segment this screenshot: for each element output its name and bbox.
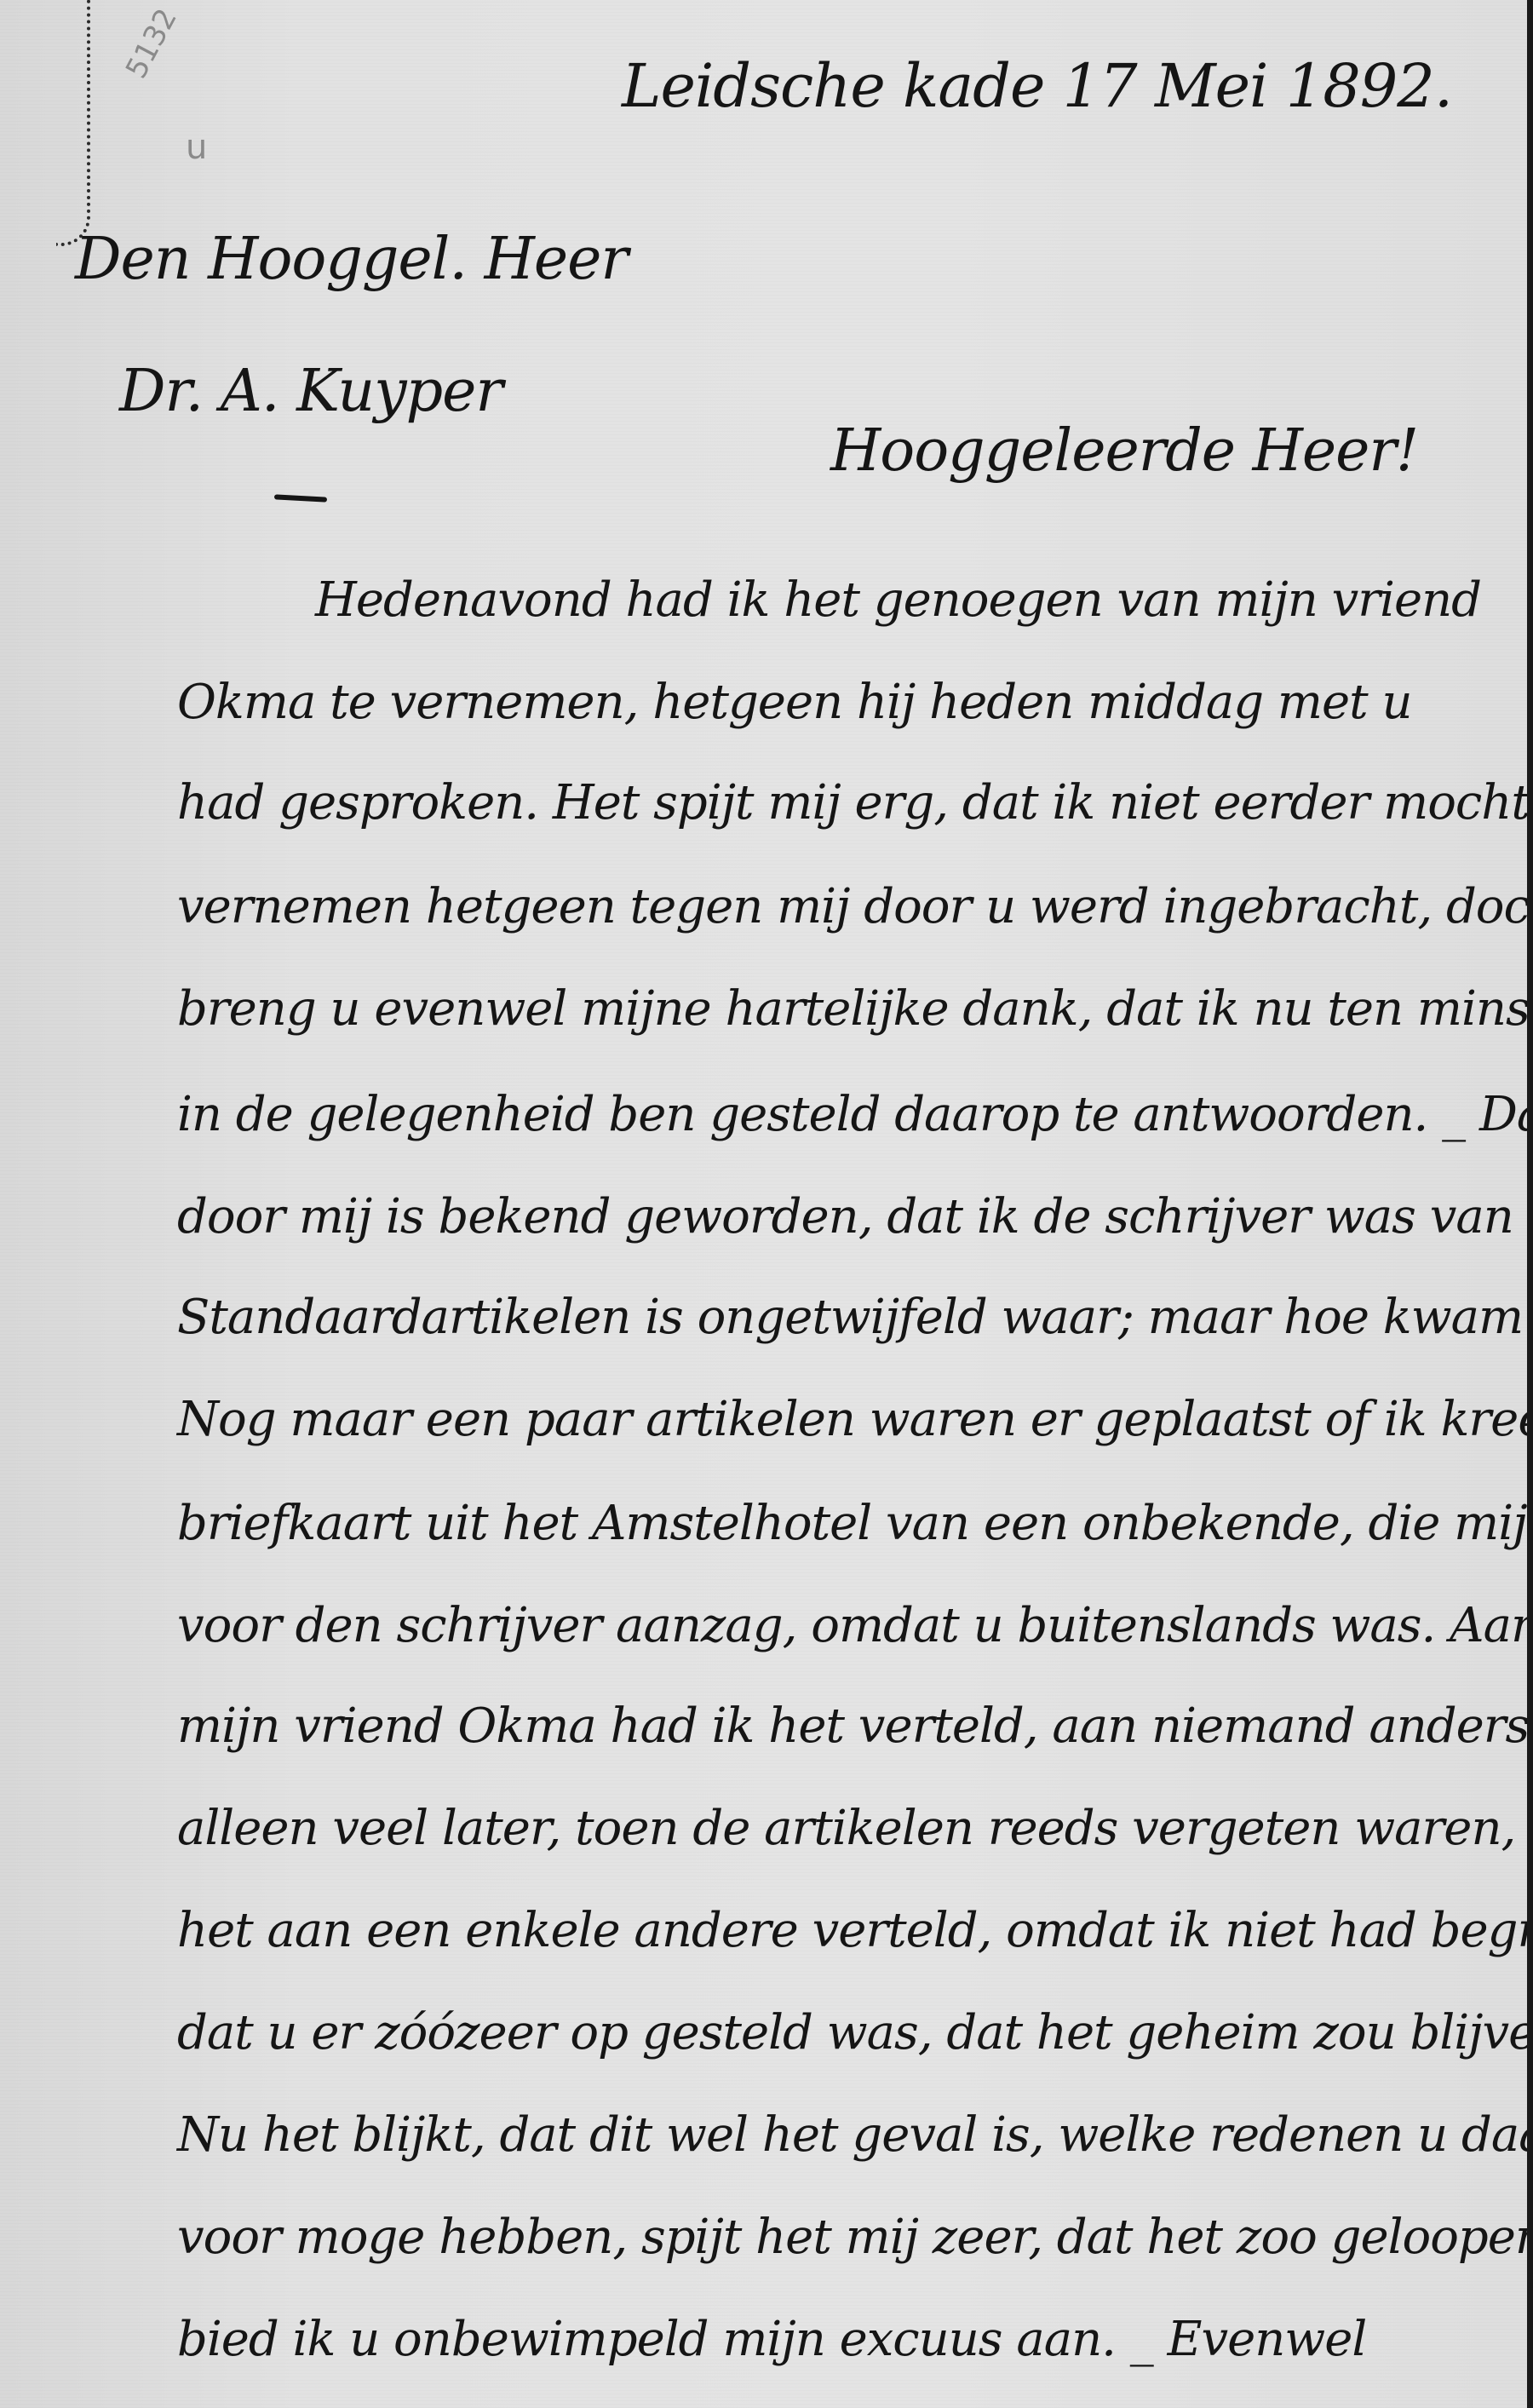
body-line: bied ik u onbewimpeld mijn excuus aan. _… xyxy=(177,2312,1366,2367)
body-line: voor moge hebben, spijt het mij zeer, da… xyxy=(177,2210,1533,2265)
body-line: Standaardartikelen is ongetwijfeld waar;… xyxy=(177,1290,1533,1345)
scan-edge xyxy=(1527,0,1533,2408)
archive-number: 5132 xyxy=(119,3,184,84)
addressee-name: Dr. A. Kuyper xyxy=(119,358,502,425)
body-line: het aan een enkele andere verteld, omdat… xyxy=(177,1903,1533,1958)
body-line: Hedenavond had ik het genoegen van mijn … xyxy=(315,572,1481,628)
body-line: alleen veel later, toen de artikelen ree… xyxy=(177,1801,1533,1856)
letter-page: 5132 u Leidsche kade 17 Mei 1892. Den Ho… xyxy=(0,0,1527,2408)
addressee-title: Den Hooggel. Heer xyxy=(75,226,628,293)
body-line: Nu het blijkt, dat dit wel het geval is,… xyxy=(177,2107,1533,2163)
body-line: mijn vriend Okma had ik het verteld, aan… xyxy=(177,1698,1533,1754)
body-line: had gesproken. Het spijt mij erg, dat ik… xyxy=(177,775,1530,830)
body-line: door mij is bekend geworden, dat ik de s… xyxy=(177,1189,1533,1244)
body-line: vernemen hetgeen tegen mij door u werd i… xyxy=(177,879,1533,934)
body-line: breng u evenwel mijne hartelijke dank, d… xyxy=(177,981,1533,1037)
salutation: Hooggeleerde Heer! xyxy=(830,417,1418,485)
body-line: voor den schrijver aanzag, omdat u buite… xyxy=(177,1598,1533,1653)
body-line: Nog maar een paar artikelen waren er gep… xyxy=(177,1392,1533,1447)
body-line: dat u er zóózeer op gesteld was, dat het… xyxy=(177,2005,1533,2060)
archive-letter: u xyxy=(186,128,207,167)
body-line: Okma te vernemen, hetgeen hij heden midd… xyxy=(177,675,1412,730)
body-line: in de gelegenheid ben gesteld daarop te … xyxy=(177,1087,1533,1142)
dateline: Leidsche kade 17 Mei 1892. xyxy=(622,51,1452,121)
body-line: briefkaart uit het Amstelhotel van een o… xyxy=(177,1496,1527,1551)
margin-bracket-mark xyxy=(56,0,90,246)
addressee-underline xyxy=(274,494,327,502)
